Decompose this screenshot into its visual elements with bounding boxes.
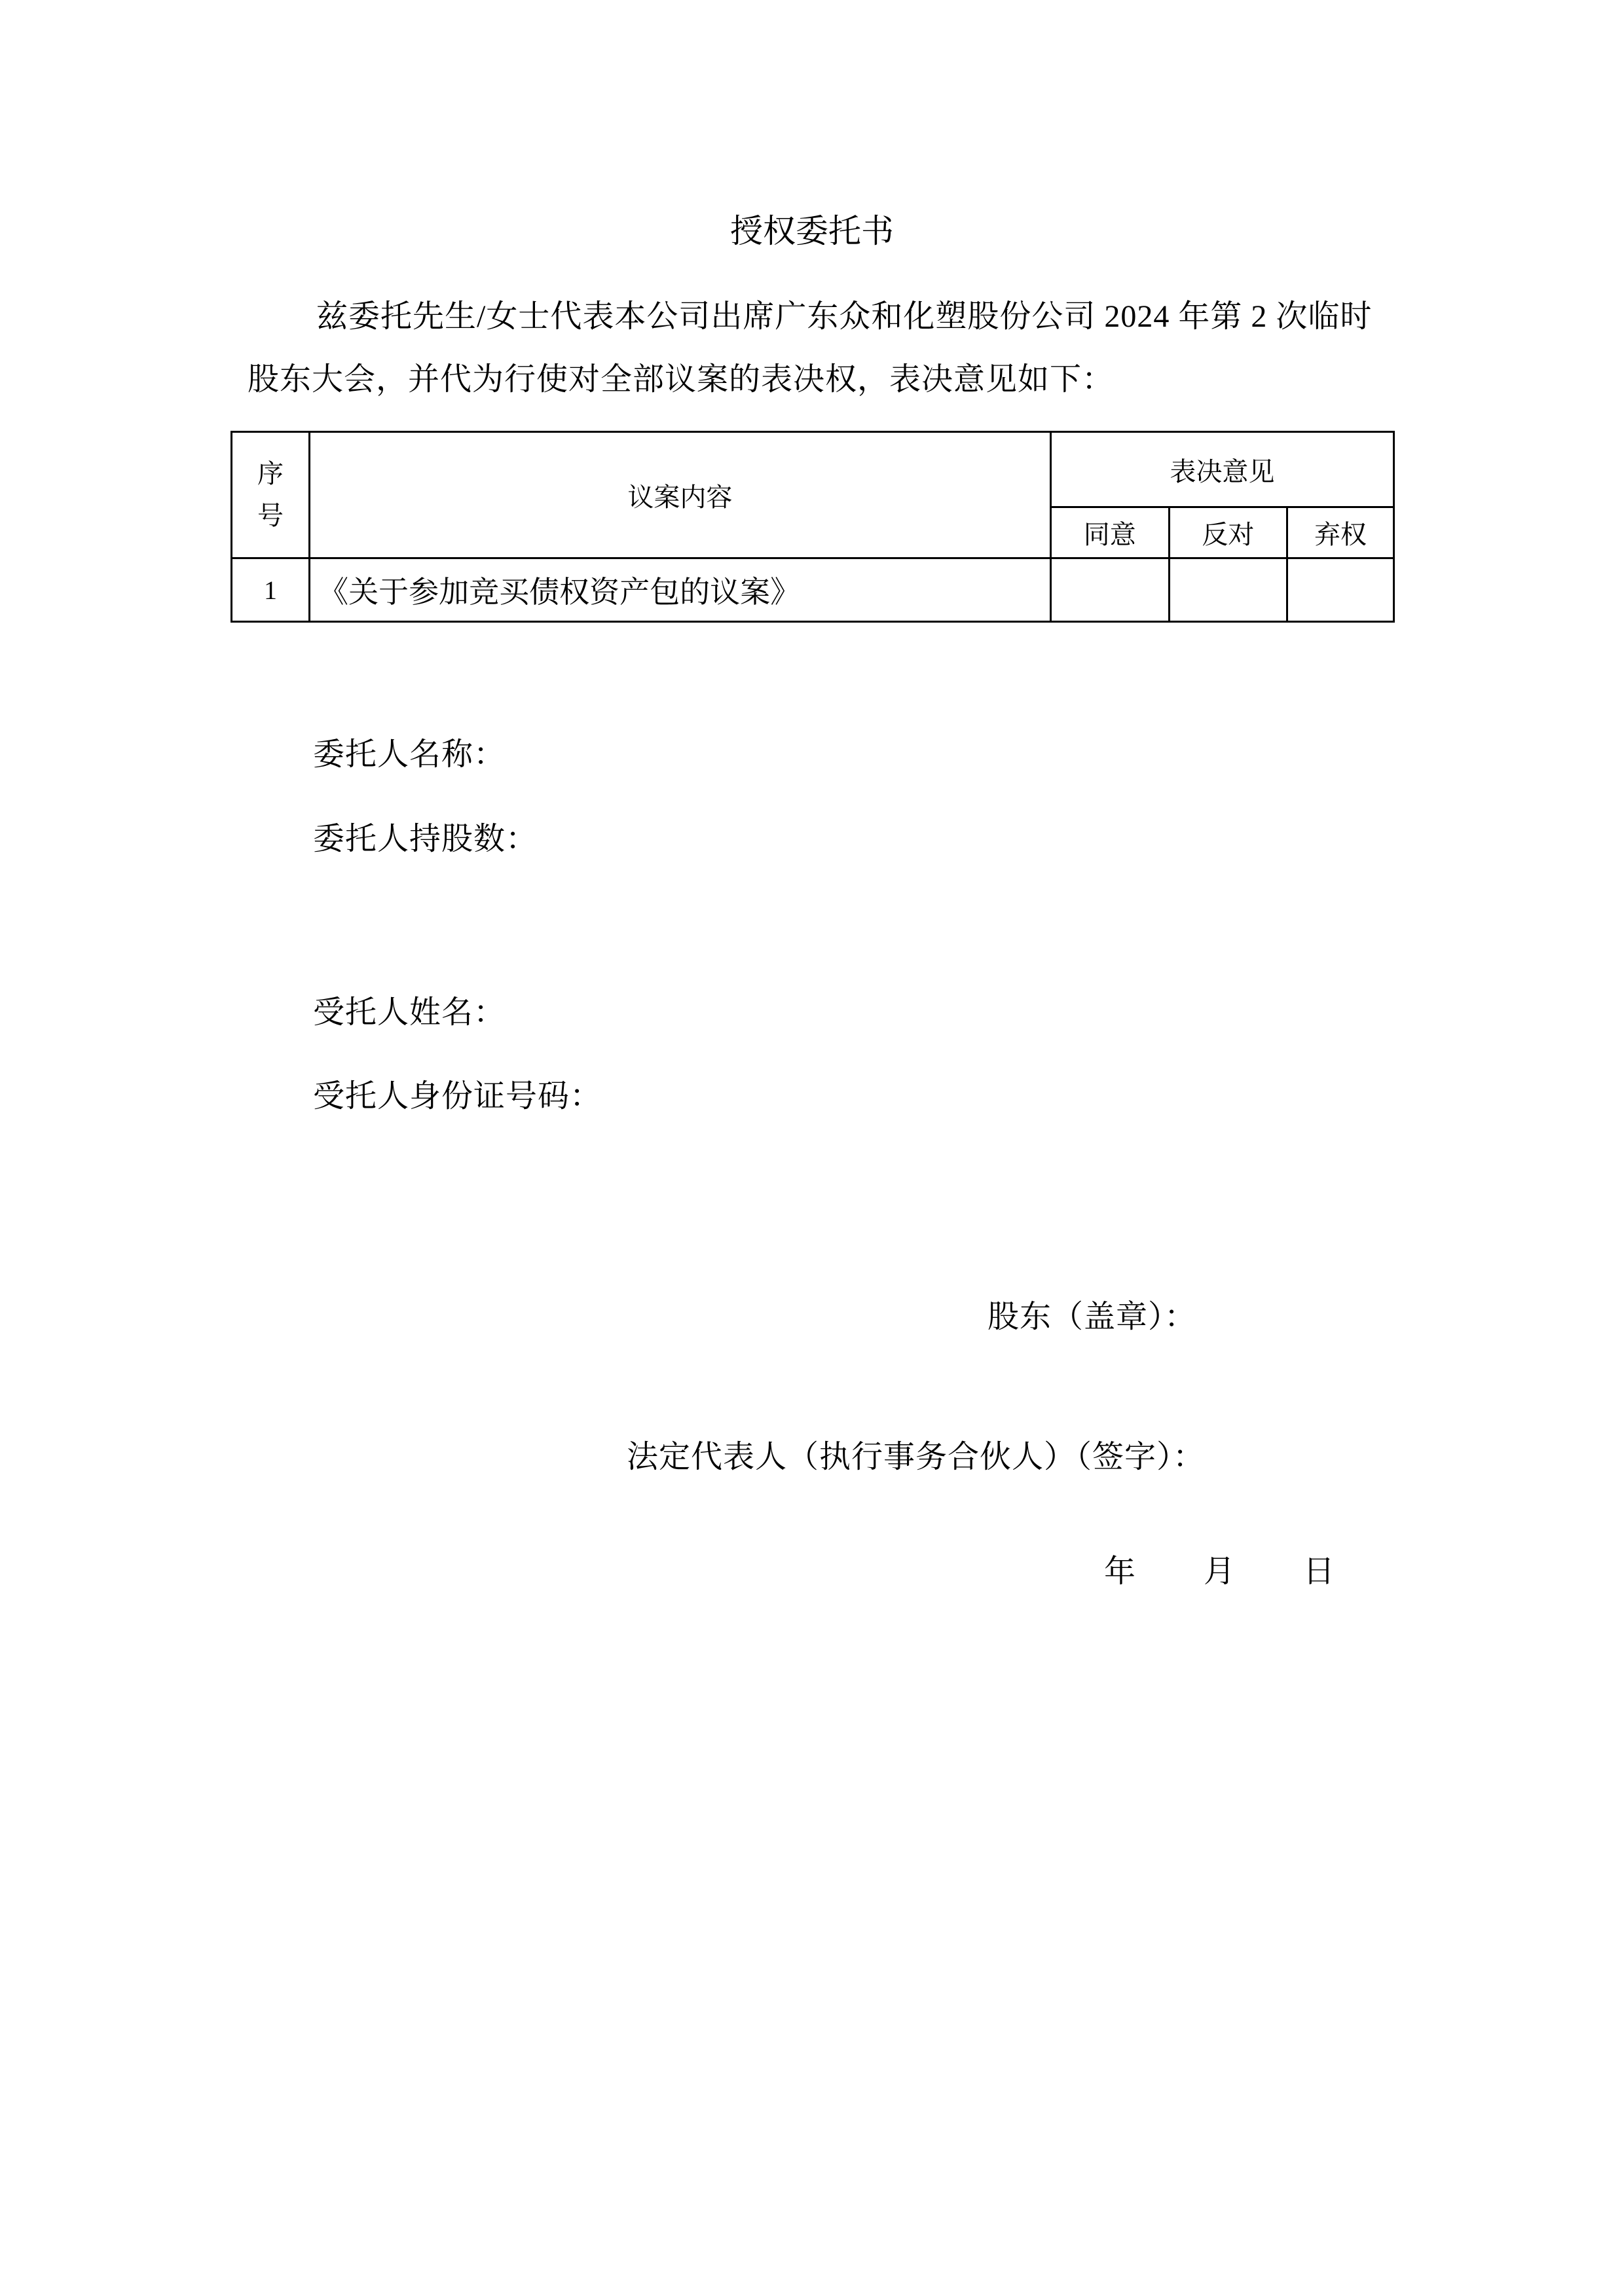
principal-shares-label: 委托人持股数：	[313, 824, 538, 855]
header-agree: 同意	[1050, 507, 1169, 558]
header-serial-char-1: 序	[232, 453, 308, 495]
agent-name-label: 受托人姓名：	[313, 997, 506, 1029]
table-row: 1 《关于参加竞买债权资产包的议案》	[232, 558, 1394, 622]
header-serial-number: 序 号	[232, 432, 310, 558]
intro-line-2: 股东大会，并代为行使对全部议案的表决权，表决意见如下：	[248, 364, 1114, 395]
header-serial-char-2: 号	[232, 495, 308, 537]
voting-table: 序 号 议案内容 表决意见 同意 反对 弃权 1 《关于参加竞买债权资产包的议案…	[231, 431, 1395, 623]
date-year-label: 年	[1104, 1556, 1136, 1588]
row-proposal: 《关于参加竞买债权资产包的议案》	[310, 558, 1051, 622]
header-oppose: 反对	[1169, 507, 1287, 558]
agent-id-label: 受托人身份证号码：	[313, 1081, 602, 1112]
date-day-label: 日	[1303, 1556, 1335, 1588]
date-month-label: 月	[1204, 1556, 1236, 1588]
row-oppose-cell[interactable]	[1169, 558, 1287, 622]
shareholder-seal-label: 股东（盖章）：	[987, 1302, 1196, 1333]
header-abstain: 弃权	[1287, 507, 1393, 558]
row-number: 1	[232, 558, 310, 622]
header-proposal-content: 议案内容	[310, 432, 1051, 558]
row-abstain-cell[interactable]	[1287, 558, 1393, 622]
legal-representative-label: 法定代表人（执行事务合伙人）（签字）：	[627, 1442, 1205, 1473]
document-title: 授权委托书	[0, 215, 1624, 247]
principal-name-label: 委托人名称：	[313, 739, 506, 771]
header-voting-opinion: 表决意见	[1050, 432, 1393, 507]
row-agree-cell[interactable]	[1050, 558, 1169, 622]
intro-line-1: 兹委托先生/女士代表本公司出席广东众和化塑股份公司 2024 年第 2 次临时	[316, 301, 1372, 333]
